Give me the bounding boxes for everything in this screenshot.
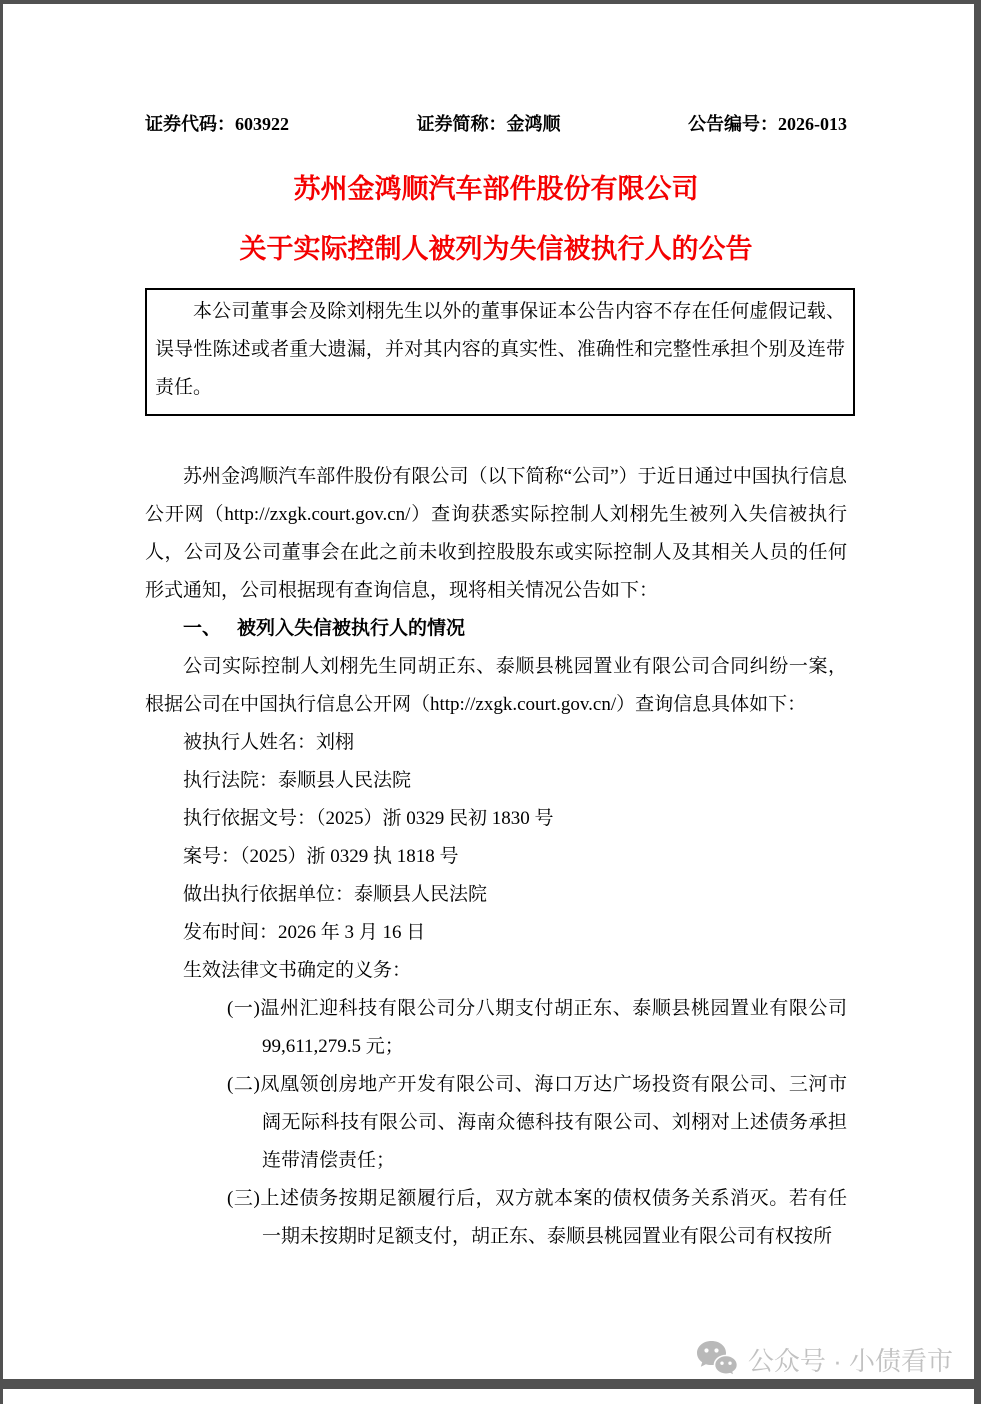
obligation-text: 温州汇迎科技有限公司分八期支付胡正东、泰顺县桃园置业有限公司 99,611,27… [260, 998, 847, 1057]
announcement-number: 公告编号：2026-013 [688, 112, 847, 136]
obligation-item-3: (三)上述债务按期足额履行后，双方就本案的债权债务关系消灭。若有任一期未按期时足… [145, 1180, 847, 1256]
detail-publish-date: 发布时间：2026 年 3 月 16 日 [145, 914, 847, 952]
detail-obligations-label: 生效法律文书确定的义务： [145, 952, 847, 990]
document-page: 证券代码：603922 证券简称：金鸿顺 公告编号：2026-013 苏州金鸿顺… [145, 0, 847, 1256]
detail-executing-court: 执行法院：泰顺县人民法院 [145, 762, 847, 800]
announcement-number-value: 2026-013 [778, 114, 847, 134]
obligation-text: 上述债务按期足额履行后，双方就本案的债权债务关系消灭。若有任一期未按期时足额支付… [260, 1188, 847, 1247]
obligation-marker: (三) [227, 1188, 260, 1209]
announcement-title: 关于实际控制人被列为失信被执行人的公告 [145, 232, 847, 266]
watermark: 公众号 · 小债看市 [696, 1340, 953, 1378]
section-lead-paragraph: 公司实际控制人刘栩先生同胡正东、泰顺县桃园置业有限公司合同纠纷一案，根据公司在中… [145, 648, 847, 724]
stock-code: 证券代码：603922 [145, 112, 289, 136]
wechat-icon [696, 1340, 738, 1378]
stock-abbr-label: 证券简称： [417, 114, 507, 134]
watermark-text: 公众号 · 小债看市 [748, 1341, 953, 1378]
obligation-marker: (一) [227, 998, 260, 1019]
disclaimer-text: 本公司董事会及除刘栩先生以外的董事保证本公告内容不存在任何虚假记载、误导性陈述或… [155, 293, 845, 407]
stock-code-label: 证券代码： [145, 114, 235, 134]
page-border-right [974, 0, 981, 1404]
detail-case-number: 案号：（2025）浙 0329 执 1818 号 [145, 838, 847, 876]
obligation-text: 凤凰领创房地产开发有限公司、海口万达广场投资有限公司、三河市阔无际科技有限公司、… [260, 1074, 847, 1171]
page-break-bar [0, 1379, 981, 1389]
obligation-item-1: (一)温州汇迎科技有限公司分八期支付胡正东、泰顺县桃园置业有限公司 99,611… [145, 990, 847, 1066]
detail-basis-doc-number: 执行依据文号：（2025）浙 0329 民初 1830 号 [145, 800, 847, 838]
obligation-marker: (二) [227, 1074, 260, 1095]
stock-abbr-value: 金鸿顺 [507, 114, 561, 134]
disclaimer-box: 本公司董事会及除刘栩先生以外的董事保证本公告内容不存在任何虚假记载、误导性陈述或… [145, 288, 855, 416]
stock-abbr: 证券简称：金鸿顺 [417, 112, 561, 136]
obligation-item-2: (二)凤凰领创房地产开发有限公司、海口万达广场投资有限公司、三河市阔无际科技有限… [145, 1066, 847, 1180]
detail-basis-unit: 做出执行依据单位：泰顺县人民法院 [145, 876, 847, 914]
intro-paragraph: 苏州金鸿顺汽车部件股份有限公司（以下简称“公司”）于近日通过中国执行信息公开网（… [145, 458, 847, 610]
stock-code-value: 603922 [235, 114, 289, 134]
section-title: 被列入失信被执行人的情况 [237, 618, 465, 639]
detail-executee-name: 被执行人姓名：刘栩 [145, 724, 847, 762]
section-heading: 一、被列入失信被执行人的情况 [145, 610, 847, 648]
page-border-left [0, 0, 3, 1404]
document-header: 证券代码：603922 证券简称：金鸿顺 公告编号：2026-013 [145, 112, 847, 136]
section-number: 一、 [183, 618, 221, 639]
announcement-number-label: 公告编号： [688, 114, 778, 134]
company-title: 苏州金鸿顺汽车部件股份有限公司 [145, 172, 847, 206]
